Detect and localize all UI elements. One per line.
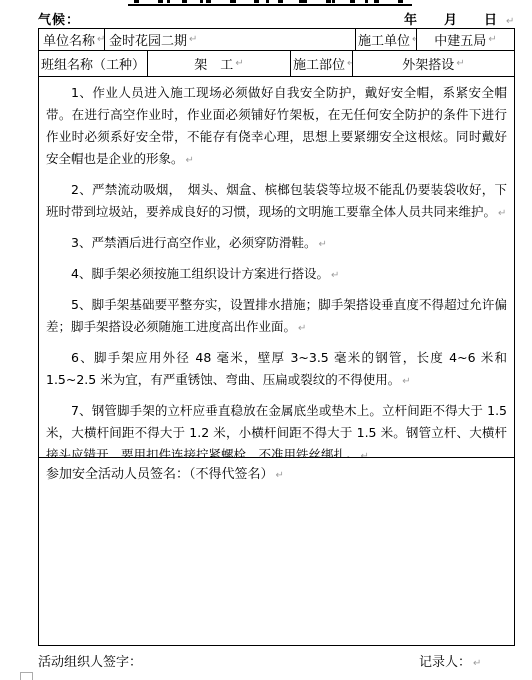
cell-mark-icon: ↵ [235,58,243,69]
cell-mark-icon: ↵ [456,58,464,69]
unit-name-label-cell: 单位名称↵ [39,29,105,50]
cell-mark-icon: ↵ [488,34,496,45]
organizer-signature-label: 活动组织人签字： [38,651,142,670]
paragraph-mark-icon: ↵ [318,234,326,256]
construction-unit-label: 施工单位 [358,30,410,49]
safety-rule-text: 1、作业人员进入施工现场必须做好自我安全防护，戴好安全帽，系紧安全帽带。在进行高… [46,85,507,166]
header-row-2: 班组名称（工种）↵ 架 工↵ 施工部位↵ 外架搭设↵ [39,51,514,77]
construction-unit-value-cell: 中建五局↵ [417,29,514,50]
header-row-1: 单位名称↵ 金时花园二期↵ 施工单位↵ 中建五局↵ [39,29,514,51]
work-part-value: 外架搭设 [402,54,454,73]
clipped-title-glyph-fragments [134,0,406,3]
unit-name-label: 单位名称 [43,30,95,49]
safety-rule-text: 6、脚手架应用外径 48 毫米，壁厚 3~3.5 毫米的钢管，长度 4~6 米和… [46,350,507,387]
team-name-label: 班组名称（工种） [41,54,145,73]
paragraph-mark-icon: ↵ [186,150,194,172]
safety-rule-paragraph: 1、作业人员进入施工现场必须做好自我安全防护，戴好安全帽，系紧安全帽带。在进行高… [46,82,507,172]
safety-rule-text: 3、严禁酒后进行高空作业，必须穿防滑鞋。 [71,235,316,250]
safety-rule-paragraph: 7、钢管脚手架的立杆应垂直稳放在金属底坐或垫木上。立杆间距不得大于 1.5 米，… [46,400,507,458]
participants-signature-area: 参加安全活动人员签名：（不得代签名）↵ [39,458,514,645]
paragraph-mark-icon: ↵ [402,371,410,393]
date-line-text: 年 月 日 [404,13,504,28]
unit-name-value-cell: 金时花园二期↵ [105,29,356,50]
unit-name-value: 金时花园二期 [109,30,187,49]
safety-rule-text: 7、钢管脚手架的立杆应垂直稳放在金属底坐或垫木上。立杆间距不得大于 1.5 米，… [46,403,507,458]
paragraph-mark-icon: ↵ [473,658,481,669]
recorder-area: 记录人：↵ [419,651,481,670]
paragraph-mark-icon: ↵ [276,470,284,481]
weather-label: 气候： [38,9,80,28]
clipped-title-underline [128,0,412,6]
safety-rule-paragraph: 2、严禁流动吸烟， 烟头、烟盒、槟榔包装袋等垃圾不能乱仍要装袋收好，下班时带到垃… [46,179,507,225]
date-line: 年 月 日↵ [404,9,514,28]
safety-rule-paragraph: 5、脚手架基础要平整夯实，设置排水措施；脚手架搭设垂直度不得超过允许偏差；脚手架… [46,294,507,340]
cell-mark-icon: ↵ [189,34,197,45]
safety-rule-text: 4、脚手架必须按施工组织设计方案进行搭设。 [71,266,329,281]
safety-rule-paragraph: 4、脚手架必须按施工组织设计方案进行搭设。↵ [46,263,507,287]
document-page: 气候： 年 月 日↵ 单位名称↵ 金时花园二期↵ 施工单位↵ 中建五局↵ 班组名… [0,0,532,680]
team-name-value: 架 工 [194,54,233,73]
work-part-label: 施工部位 [293,54,345,73]
team-name-value-cell: 架 工↵ [148,51,291,76]
construction-unit-label-cell: 施工单位↵ [356,29,417,50]
safety-rule-paragraph: 6、脚手架应用外径 48 毫米，壁厚 3~3.5 毫米的钢管，长度 4~6 米和… [46,347,507,393]
work-part-value-cell: 外架搭设↵ [353,51,514,76]
participants-signature-label: 参加安全活动人员签名：（不得代签名） [46,467,274,482]
record-form-table: 单位名称↵ 金时花园二期↵ 施工单位↵ 中建五局↵ 班组名称（工种）↵ 架 工↵… [38,28,515,646]
paragraph-mark-icon: ↵ [298,318,306,340]
paragraph-mark-icon: ↵ [331,265,339,287]
work-part-label-cell: 施工部位↵ [291,51,353,76]
paragraph-mark-icon: ↵ [498,203,506,225]
safety-rules-content: 1、作业人员进入施工现场必须做好自我安全防护，戴好安全帽，系紧安全帽带。在进行高… [39,77,514,458]
paragraph-mark-icon: ↵ [361,446,369,458]
recorder-label: 记录人： [419,655,471,670]
paragraph-mark-icon: ↵ [506,16,514,27]
safety-rule-text: 5、脚手架基础要平整夯实，设置排水措施；脚手架搭设垂直度不得超过允许偏差；脚手架… [46,297,507,334]
safety-rule-text: 2、严禁流动吸烟， 烟头、烟盒、槟榔包装袋等垃圾不能乱仍要装袋收好，下班时带到垃… [46,182,507,219]
cell-mark-icon: ↵ [97,34,105,45]
safety-rule-paragraph: 3、严禁酒后进行高空作业，必须穿防滑鞋。↵ [46,232,507,256]
page-margin-mark [20,672,33,680]
construction-unit-value: 中建五局 [434,30,486,49]
team-name-label-cell: 班组名称（工种）↵ [39,51,148,76]
